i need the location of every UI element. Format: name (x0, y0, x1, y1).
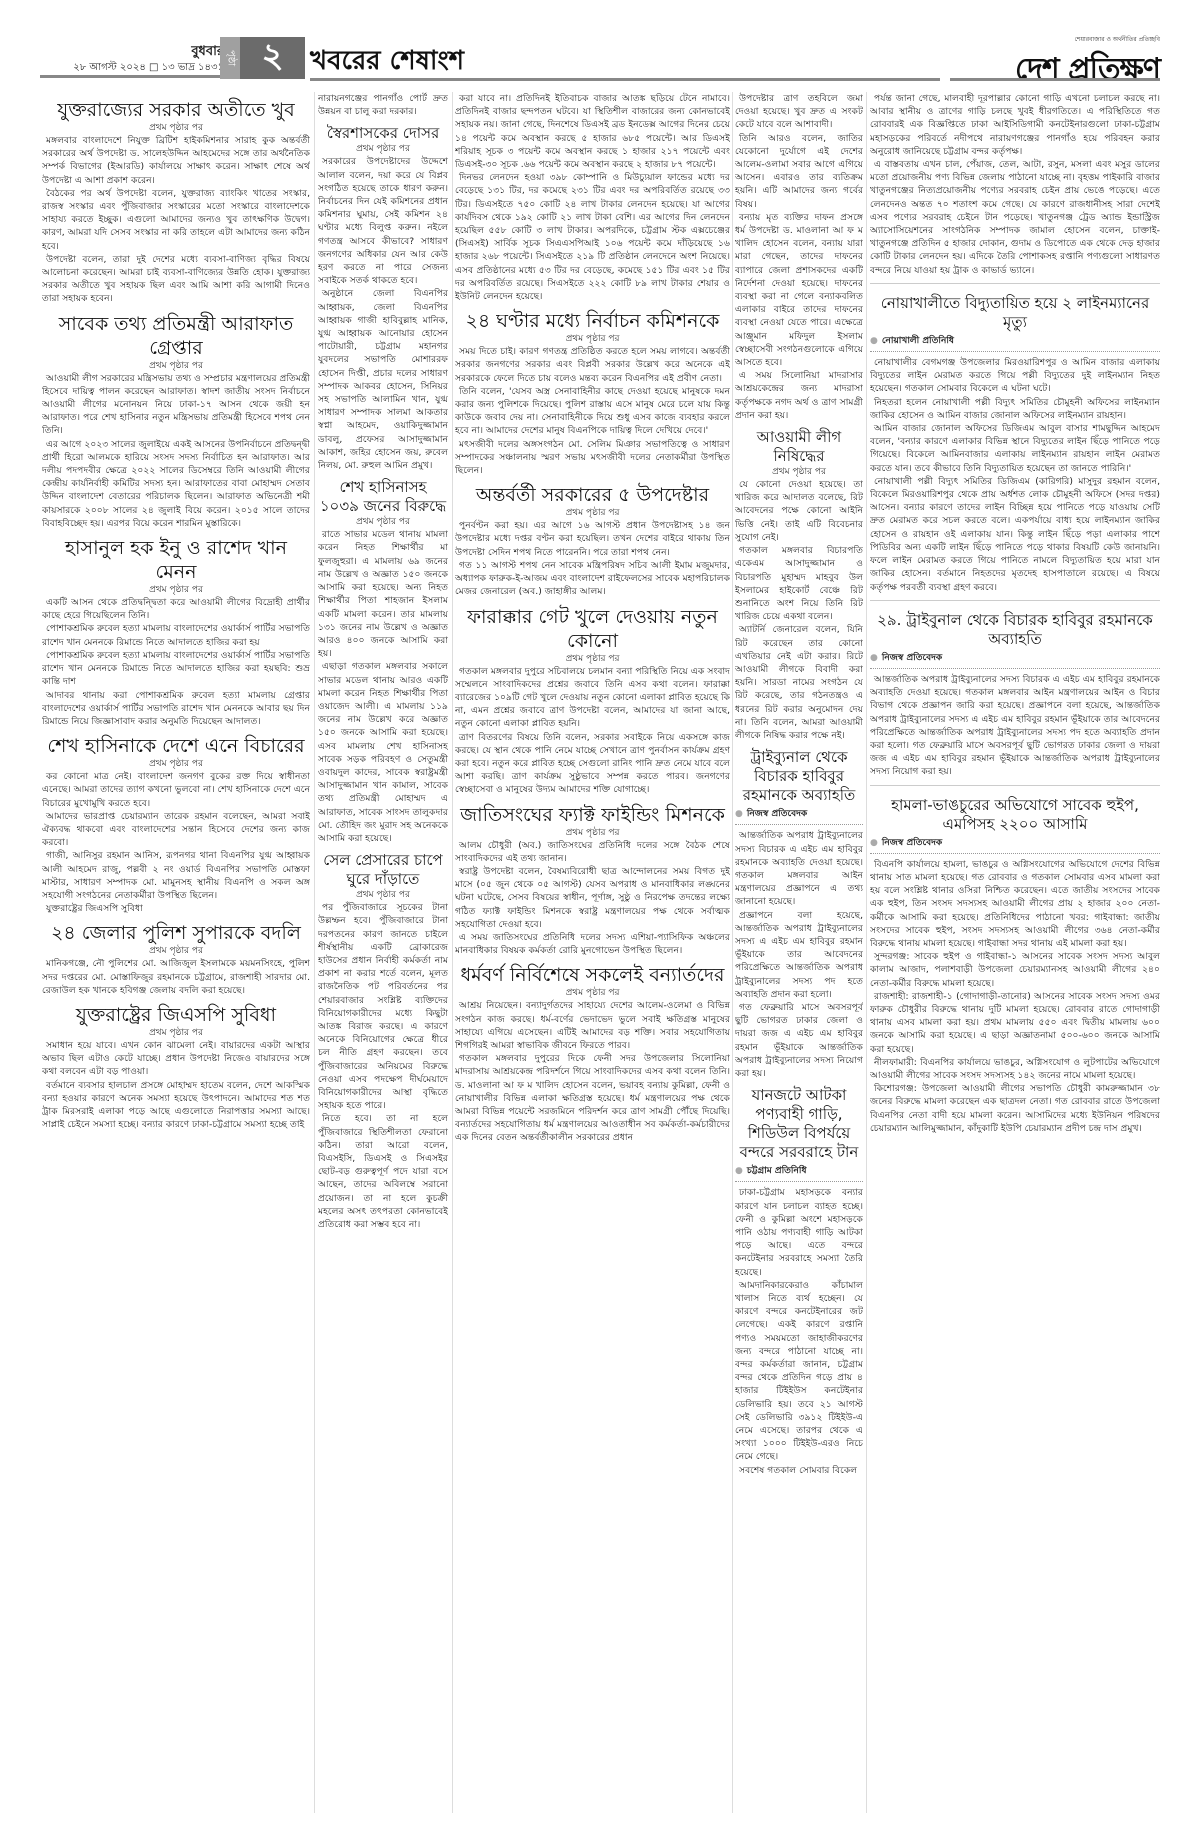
article-al-not-banned: আওয়ামী লীগ নিষিদ্ধের প্রথম পৃষ্ঠার পর য… (735, 428, 863, 742)
article-relief-fund: উপদেষ্টার ত্রাণ তহবিলে জমা দেওয়া হয়েছে… (735, 92, 863, 422)
paragraph: আমদানিকারকেরাও কাঁচামাল খালাস নিতে ব্যর্… (735, 1279, 863, 1464)
continued-label: প্রথম পৃষ্ঠার পর (42, 122, 310, 134)
paragraph: বর্তমানে ব্যবসার হালচাল প্রসঙ্গে মোহাম্ম… (42, 1079, 310, 1132)
continued-label: প্রথম পৃষ্ঠার পর (42, 1027, 310, 1039)
paragraph: উপদেষ্টা বলেন, তারা দুই দেশের মধ্যে ব্যব… (42, 253, 310, 306)
paragraph: নিহতরা হলেন নোয়াখালী পল্লী বিদ্যুৎ সমিত… (870, 396, 1160, 422)
paragraph: যে কোনো দেওয়া হয়েছে। তা খারিজ করে আদাল… (735, 478, 863, 544)
paragraph: গাজী, আনিসুর রহমান আনিস, রূপনগর থানা বিএ… (42, 849, 310, 902)
byline: চট্টগ্রাম প্রতিনিধি (735, 1162, 863, 1182)
paragraph: আওয়ামী লীগ সরকারের মন্ত্রিসভায় তথ্য ও … (42, 372, 310, 438)
paragraph: মানিকগঞ্জে, নৌ পুলিশের মো. আজিজুল ইসলামক… (42, 957, 310, 997)
headline: ধর্মবর্ণ নির্বিশেষে সকলেই বন্যার্তদের (455, 963, 730, 987)
article-religion-flood: ধর্মবর্ণ নির্বিশেষে সকলেই বন্যার্তদের প্… (455, 963, 730, 1144)
paragraph: বিএনপি কার্যালয়ে হামলা, ভাঙচুর ও অগ্নিস… (870, 858, 1160, 950)
headline: অন্তর্বর্তী সরকারের ৫ উপদেষ্টার (455, 483, 730, 507)
continued-label: প্রথম পৃষ্ঠার পর (42, 945, 310, 957)
continued-label: প্রথম পৃষ্ঠার পর (455, 827, 730, 839)
column-1: যুক্তরাজ্যের সরকার অতীতে খুব প্রথম পৃষ্ঠ… (42, 92, 310, 1131)
column-divider (314, 92, 315, 1813)
headline: ফারাক্কার গেট খুলে দেওয়ায় নতুন কোনো (455, 605, 730, 653)
continued-label: প্রথম পৃষ্ঠার পর (735, 466, 863, 478)
paragraph: গত ১১ আগস্ট শপথ নেন সাবেক মন্ত্রিপরিষদ স… (455, 559, 730, 599)
paragraph: এ সময় সিলোনিয়া মাদরাসার আশ্রয়কেন্দ্রে… (735, 369, 863, 422)
paragraph: সমাধান হয়ে যাবে। এখন কোন ঝামেলা নেই। বা… (42, 1039, 310, 1079)
paragraph: নারায়নগঞ্জের পানগাঁও পোর্ট দ্রুত উন্নয়… (318, 92, 448, 118)
paragraph: অনুষ্ঠানে জেলা বিএনপির আহ্বায়ক, জেলা বি… (318, 287, 448, 472)
headline: যুক্তরাষ্ট্রের জিএসপি সুবিধা (42, 1003, 310, 1027)
paragraph: গতকাল মঙ্গলবার দুপুরে সচিবালয়ে চলমান বন… (455, 665, 730, 731)
paragraph: আন্তর্জাতিক অপরাধ ট্রাইব্যুনালের সদস্য ব… (735, 829, 863, 908)
paragraph: গতকাল মঙ্গলবার দুপুরের দিকে ফেনী সদর উপজ… (455, 1052, 730, 1144)
paragraph: সরকারের উপদেষ্টাদের উদ্দেশে আলাল বলেন, দ… (318, 155, 448, 287)
headline: আওয়ামী লীগ নিষিদ্ধের (735, 428, 863, 466)
continued-label: প্রথম পৃষ্ঠার পর (455, 507, 730, 519)
paragraph: পর্যন্ত জানা গেছে, মালবাহী দূরপাল্লার কো… (870, 92, 1160, 158)
article-inu-menon: হাসানুল হক ইনু ও রাশেদ খান মেনন প্রথম পৃ… (42, 536, 310, 728)
paragraph: রাতে সাভার মডেল থানায় মামলা করেন নিহত শ… (318, 528, 448, 660)
paragraph: সময় দিতে চাই। কারণ গণতন্ত্র প্রতিষ্ঠিত … (455, 345, 730, 385)
date: ২৮ আগস্ট ২০২৪ □ ১৩ ভাদ্র ১৪৩১ (73, 60, 224, 77)
paragraph: এর আগে ২০২৩ সালের জুলাইয়ে একই আসনের উপন… (42, 438, 310, 530)
paragraph: আশ্রয় নিয়েছেন। বন্যাদুর্গতদের সাহায্যে… (455, 999, 730, 1052)
paragraph: সবশেষ গতকাল সোমবার বিকেল (735, 1464, 863, 1477)
headline: হামলা-ভাঙচুরের অভিযোগে সাবেক হুইপ, এমপিস… (870, 796, 1160, 834)
paragraph: পুনর্বণ্টন করা হয়। এর আগে ১৬ আগস্ট প্রধ… (455, 519, 730, 559)
paragraph: সুন্দরগঞ্জ: সাবেক হুইপ ও গাইবান্ধা-১ আসন… (870, 950, 1160, 990)
article-noakhali: নোয়াখালীতে বিদ্যুতায়িত হয়ে ২ লাইনম্যা… (870, 283, 1160, 594)
article-gsp: যুক্তরাষ্ট্রের জিএসপি সুবিধা প্রথম পৃষ্ঠ… (42, 1003, 310, 1131)
article-autocrat: স্বৈরশাসকের দোসর প্রথম পৃষ্ঠার পর সরকারে… (318, 124, 448, 472)
logo-tagline: শেয়ারবাজার ও অর্থনীতির প্রতিচ্ছবি (950, 34, 1160, 45)
paragraph: তিনি বলেন, 'যেসব অস্ত্র সেনাবাহিনীর কাছে… (455, 385, 730, 438)
paragraph: আদাবর থানায় করা পোশাকশ্রমিক রুবেল হত্যা… (42, 689, 310, 729)
article-market: করা যাবে না। প্রতিদিনই ইতিবাচক বাজার আতঙ… (455, 92, 730, 303)
article-tribunal-right: ২৯. ট্রাইবুনাল থেকে বিচারক হাবিবুর রহমান… (870, 600, 1160, 779)
paragraph: গতকাল মঙ্গলবার বিচারপতি একেএম আসাদুজ্জাম… (735, 544, 863, 623)
page-number: ২ (240, 37, 305, 79)
continued-label: প্রথম পৃষ্ঠার পর (455, 987, 730, 999)
paragraph: ঢাকা-চট্টগ্রাম মহাসড়কে বন্যার কারণে যান… (735, 1186, 863, 1278)
article-port-cont: পর্যন্ত জানা গেছে, মালবাহী দূরপাল্লার কো… (870, 92, 1160, 277)
continued-label: প্রথম পৃষ্ঠার পর (42, 584, 310, 596)
paragraph: কর কোনো মাত্র নেই। বাংলাদেশ জনগণ বুকের র… (42, 770, 310, 810)
article-hasina-1039: শেখ হাসিনাসহ ১০৩৯ জনের বিরুদ্ধে প্রথম পৃ… (318, 478, 448, 845)
paragraph: নিতে হবে। তা না হলে পুঁজিবাজারে স্থিতিশী… (318, 1112, 448, 1231)
headline: যুক্তরাজ্যের সরকার অতীতে খুব (42, 98, 310, 122)
article-attack-cases: হামলা-ভাঙচুরের অভিযোগে সাবেক হুইপ, এমপিস… (870, 785, 1160, 1135)
column-3: করা যাবে না। প্রতিদিনই ইতিবাচক বাজার আতঙ… (455, 92, 730, 1145)
logo-rule (950, 78, 1160, 81)
byline: নিজস্ব প্রতিবেদক (870, 649, 1160, 669)
continued-label: প্রথম পৃষ্ঠার পর (42, 758, 310, 770)
masthead: বুধবার ২৮ আগস্ট ২০২৪ □ ১৩ ভাদ্র ১৪৩১ পৃষ… (40, 40, 1160, 80)
page-label: পৃষ্ঠা (220, 37, 240, 79)
byline: নিজস্ব প্রতিবেদক (735, 805, 863, 825)
headline: ২৪ ঘণ্টার মধ্যে নির্বাচন কমিশনকে (455, 309, 730, 333)
header-rule (310, 78, 940, 81)
headline: ২৪ জেলার পুলিশ সুপারকে বদলি (42, 921, 310, 945)
paragraph: রাজশাহী: রাজশাহী-১ (গোদাগাড়ী-তানোর) আসন… (870, 990, 1160, 1056)
article-jam-port: যানজটে আটকা পণ্যবাহী গাড়ি, শিডিউল বিপর্… (735, 1086, 863, 1477)
article-advisers-5: অন্তর্বর্তী সরকারের ৫ উপদেষ্টার প্রথম পৃ… (455, 483, 730, 598)
byline: নিজস্ব প্রতিবেদক (870, 834, 1160, 854)
page-indicator: পৃষ্ঠা ২ (220, 37, 305, 79)
column-2: নারায়নগঞ্জের পানগাঁও পোর্ট দ্রুত উন্নয়… (318, 92, 448, 1231)
article-un-fact: জাতিসংঘের ফ্যাক্ট ফাইন্ডিং মিশনকে প্রথম … (455, 803, 730, 958)
headline: শেখ হাসিনাসহ ১০৩৯ জনের বিরুদ্ধে (318, 478, 448, 516)
paragraph: কিশোরগঞ্জ: উপজেলা আওয়ামী লীগের সভাপতি চ… (870, 1082, 1160, 1135)
headline: স্বৈরশাসকের দোসর (318, 124, 448, 143)
column-4: উপদেষ্টার ত্রাণ তহবিলে জমা দেওয়া হয়েছে… (735, 92, 863, 1477)
paragraph: পোশাকশ্রমিক রুবেল হত্যা মামলায় বাংলাদেশ… (42, 649, 310, 689)
paragraph: দিনভর লেনদেন হওয়া ৩৯৮ কোম্পানি ও মিউচ্য… (455, 171, 730, 303)
logo: শেয়ারবাজার ও অর্থনীতির প্রতিচ্ছবি দেশ প… (950, 34, 1160, 96)
article-arafat: সাবেক তথ্য প্রতিমন্ত্রী আরাফাত গ্রেপ্তার… (42, 312, 310, 530)
headline: সেল প্রেসারের চাপে ঘুরে দাঁড়াতে (318, 851, 448, 889)
paragraph: নোয়াখালী পল্লী বিদ্যুৎ সমিতির ডিজিএম (ক… (870, 475, 1160, 594)
article-police-24: ২৪ জেলার পুলিশ সুপারকে বদলি প্রথম পৃষ্ঠা… (42, 921, 310, 997)
article-ec-24h: ২৪ ঘণ্টার মধ্যে নির্বাচন কমিশনকে প্রথম প… (455, 309, 730, 477)
column-divider (866, 92, 867, 1813)
paragraph: উপদেষ্টার ত্রাণ তহবিলে জমা দেওয়া হয়েছে… (735, 92, 863, 132)
continued-label: প্রথম পৃষ্ঠার পর (318, 516, 448, 528)
paragraph: গত ফেব্রুয়ারি মাসে অবসরপূর্ব ছুটি ভোগরত… (735, 1001, 863, 1080)
continued-label: প্রথম পৃষ্ঠার পর (318, 889, 448, 901)
paragraph: এ সময় জাতিসংঘের প্রতিনিধি দলের সদস্য এশ… (455, 931, 730, 957)
column-5: পর্যন্ত জানা গেছে, মালবাহী দূরপাল্লার কো… (870, 92, 1160, 1135)
continued-label: প্রথম পৃষ্ঠার পর (455, 333, 730, 345)
paragraph: ত্রাণ বিতরণের বিষয়ে তিনি বলেন, সরকার সব… (455, 731, 730, 797)
article-uk: যুক্তরাজ্যের সরকার অতীতে খুব প্রথম পৃষ্ঠ… (42, 98, 310, 306)
paragraph: নোয়াখালীর বেগমগঞ্জ উপজেলার মিরওয়ারিশপু… (870, 356, 1160, 396)
continued-label: প্রথম পৃষ্ঠার পর (42, 360, 310, 372)
paragraph: তিনি আরও বলেন, জাতির যেকোনো দুর্যোগে এই … (735, 132, 863, 211)
paragraph: বৈঠকের পর অর্থ উপদেষ্টা বলেন, যুক্তরাজ্য… (42, 187, 310, 253)
paragraph: স্বরাষ্ট্র উপদেষ্টা বলেন, বৈষম্যবিরোধী ছ… (455, 865, 730, 931)
paragraph: এ বাস্তবতায় এখন চাল, পেঁয়াজ, তেল, আটা,… (870, 158, 1160, 277)
headline: নোয়াখালীতে বিদ্যুতায়িত হয়ে ২ লাইনম্যা… (870, 294, 1160, 332)
paragraph: আন্তর্জাতিক অপরাধ ট্রাইব্যুনালের সদস্য ব… (870, 673, 1160, 779)
paragraph: আমিন বাজার জোনাল অফিসের ডিজিএম আবুল বাসা… (870, 422, 1160, 475)
article-share-pressure: সেল প্রেসারের চাপে ঘুরে দাঁড়াতে প্রথম প… (318, 851, 448, 1231)
headline: যানজটে আটকা পণ্যবাহী গাড়ি, শিডিউল বিপর্… (735, 1086, 863, 1162)
paragraph: প্রজ্ঞাপনে বলা হয়েছে, আন্তর্জাতিক অপরাধ… (735, 909, 863, 1001)
headline: শেখ হাসিনাকে দেশে এনে বিচারের (42, 734, 310, 758)
paragraph: মৎসজীবী দলের অঙ্গসংগঠন মো. সেলিম মিঞার স… (455, 438, 730, 478)
paragraph: যুক্তরাষ্ট্রের জিএসপি সুবিধা (42, 902, 310, 915)
paragraph: অ্যাটর্নি জেনারেল বলেন, যিনি রিট করেছেন … (735, 623, 863, 742)
column-divider (732, 92, 733, 1813)
headline: ট্রাইব্যুনাল থেকে বিচারক হাবিবুর রহমানকে… (735, 748, 863, 805)
headline: হাসানুল হক ইনু ও রাশেদ খান মেনন (42, 536, 310, 584)
paragraph: বন্যায় মৃত ব্যক্তির দাফন প্রসঙ্গে ধর্ম … (735, 211, 863, 369)
continued-label: প্রথম পৃষ্ঠার পর (318, 143, 448, 155)
column-divider (452, 92, 453, 1813)
continued-label: প্রথম পৃষ্ঠার পর (455, 653, 730, 665)
paragraph: একটি আসন থেকে প্রতিদ্বন্দ্বিতা করে আওয়া… (42, 596, 310, 622)
logo-text: দেশ প্রতিক্ষণ (950, 45, 1160, 96)
headline: জাতিসংঘের ফ্যাক্ট ফাইন্ডিং মিশনকে (455, 803, 730, 827)
paragraph: নীলফামারী: বিএনপির কার্যালয়ে ভাঙচুর, অগ… (870, 1056, 1160, 1082)
paragraph: আমাদের ভারপ্রাপ্ত চেয়ারম্যান তারেক রহমা… (42, 810, 310, 850)
byline: নোয়াখালী প্রতিনিধি (870, 332, 1160, 352)
paragraph: এছাড়া গতকাল মঙ্গলবার সকালে সাভার মডেল থ… (318, 660, 448, 845)
paragraph: মঙ্গলবার বাংলাদেশে নিযুক্ত ব্রিটিশ হাইকম… (42, 134, 310, 187)
headline: সাবেক তথ্য প্রতিমন্ত্রী আরাফাত গ্রেপ্তার (42, 312, 310, 360)
article-hasina-trial: শেখ হাসিনাকে দেশে এনে বিচারের প্রথম পৃষ্… (42, 734, 310, 915)
article-tribunal-mid: ট্রাইব্যুনাল থেকে বিচারক হাবিবুর রহমানকে… (735, 748, 863, 1080)
paragraph: পোশাকশ্রমিক রুবেল হত্যা মামলায় বাংলাদেশ… (42, 622, 310, 648)
article-farakka: ফারাক্কার গেট খুলে দেওয়ায় নতুন কোনো প্… (455, 605, 730, 797)
paragraph: পর পুঁজিবাজারে সূচকের টানা উল্লম্ফন হবে।… (318, 901, 448, 1112)
paragraph: করা যাবে না। প্রতিদিনই ইতিবাচক বাজার আতঙ… (455, 92, 730, 171)
paragraph: আলম চৌধুরী (অব.) জাতিসংঘের প্রতিনিধি দলে… (455, 839, 730, 865)
headline: ২৯. ট্রাইবুনাল থেকে বিচারক হাবিবুর রহমান… (870, 611, 1160, 649)
